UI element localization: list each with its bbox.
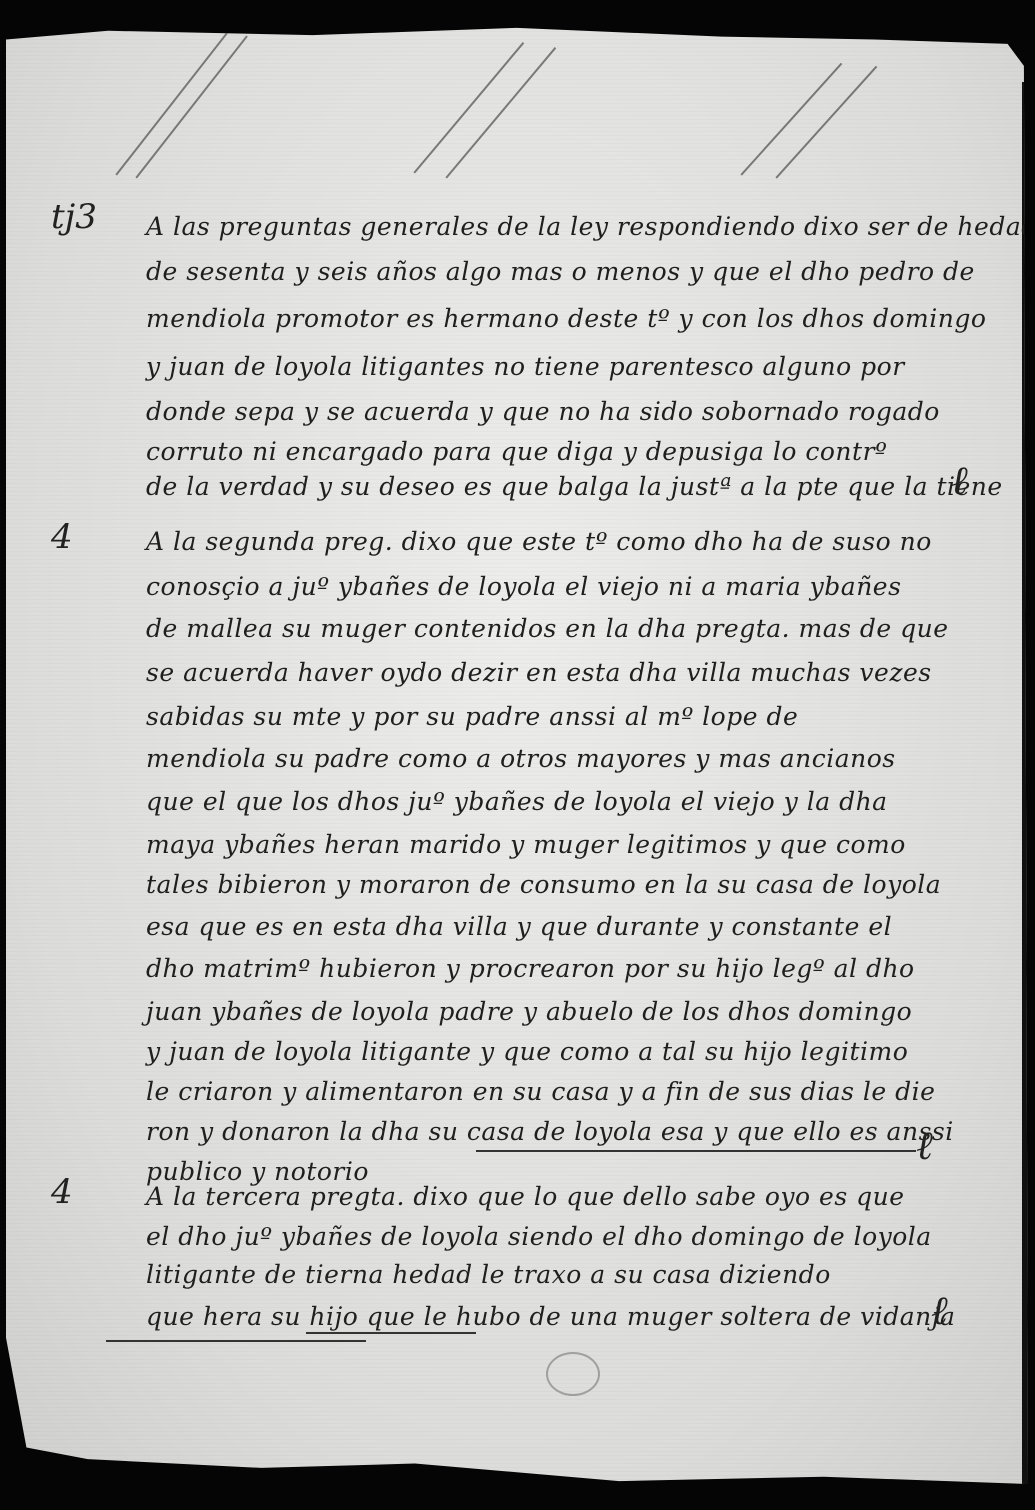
page-edge-shadow <box>1022 82 1028 1502</box>
notary-rubric <box>546 1352 600 1396</box>
line-filler-stroke <box>306 1332 476 1334</box>
text-line: y juan de loyola litigantes no tiene par… <box>146 352 905 381</box>
text-line: juan ybañes de loyola padre y abuelo de … <box>146 997 912 1026</box>
margin-note: 4 <box>51 517 73 557</box>
text-line: corruto ni encargado para que diga y dep… <box>146 437 887 466</box>
text-line: conosçio a juº ybañes de loyola el viejo… <box>146 572 901 601</box>
text-line: se acuerda haver oydo dezir en esta dha … <box>146 658 932 687</box>
diagonal-ruling <box>413 42 523 173</box>
text-line: le criaron y alimentaron en su casa y a … <box>146 1077 935 1106</box>
manuscript-page: tj3 4 4 A las preguntas generales de la … <box>6 22 1028 1484</box>
text-line: sabidas su mte y por su padre anssi al m… <box>146 702 798 731</box>
text-line: que el que los dhos juº ybañes de loyola… <box>146 787 888 816</box>
paragraph-end-flourish: ℓ <box>916 1122 933 1169</box>
text-line: litigante de tierna hedad le traxo a su … <box>146 1260 831 1289</box>
text-line: A la tercera pregta. dixo que lo que del… <box>146 1182 905 1211</box>
text-line: dho matrimº hubieron y procrearon por su… <box>146 954 915 983</box>
line-filler-stroke <box>106 1340 366 1342</box>
text-line: de mallea su muger contenidos en la dha … <box>146 614 949 643</box>
text-line: el dho juº ybañes de loyola siendo el dh… <box>146 1222 932 1251</box>
text-line: esa que es en esta dha villa y que duran… <box>146 912 892 941</box>
text-line: donde sepa y se acuerda y que no ha sido… <box>146 397 940 426</box>
text-line: de sesenta y seis años algo mas o menos … <box>146 257 975 286</box>
text-line: ron y donaron la dha su casa de loyola e… <box>146 1117 954 1146</box>
margin-note: 4 <box>51 1172 73 1212</box>
margin-note: tj3 <box>51 197 97 237</box>
text-line: A las preguntas generales de la ley resp… <box>146 212 1035 241</box>
paragraph-end-flourish: ℓ <box>931 1287 948 1334</box>
text-line: que hera su hijo que le hubo de una muge… <box>146 1302 955 1331</box>
diagonal-ruling <box>775 66 876 178</box>
line-filler-stroke <box>476 1150 916 1152</box>
text-line: y juan de loyola litigante y que como a … <box>146 1037 908 1066</box>
text-line: de la verdad y su deseo es que balga la … <box>146 472 1003 501</box>
text-line: maya ybañes heran marido y muger legitim… <box>146 830 906 859</box>
folio-number: 33 <box>41 1472 60 1490</box>
text-line: tales bibieron y moraron de consumo en l… <box>146 870 941 899</box>
text-line: mendiola su padre como a otros mayores y… <box>146 744 896 773</box>
diagonal-ruling <box>135 35 247 178</box>
text-line: mendiola promotor es hermano deste tº y … <box>146 304 986 333</box>
paragraph-end-flourish: ℓ <box>951 457 968 504</box>
text-line: A la segunda preg. dixo que este tº como… <box>146 527 932 556</box>
diagonal-ruling <box>115 32 227 175</box>
